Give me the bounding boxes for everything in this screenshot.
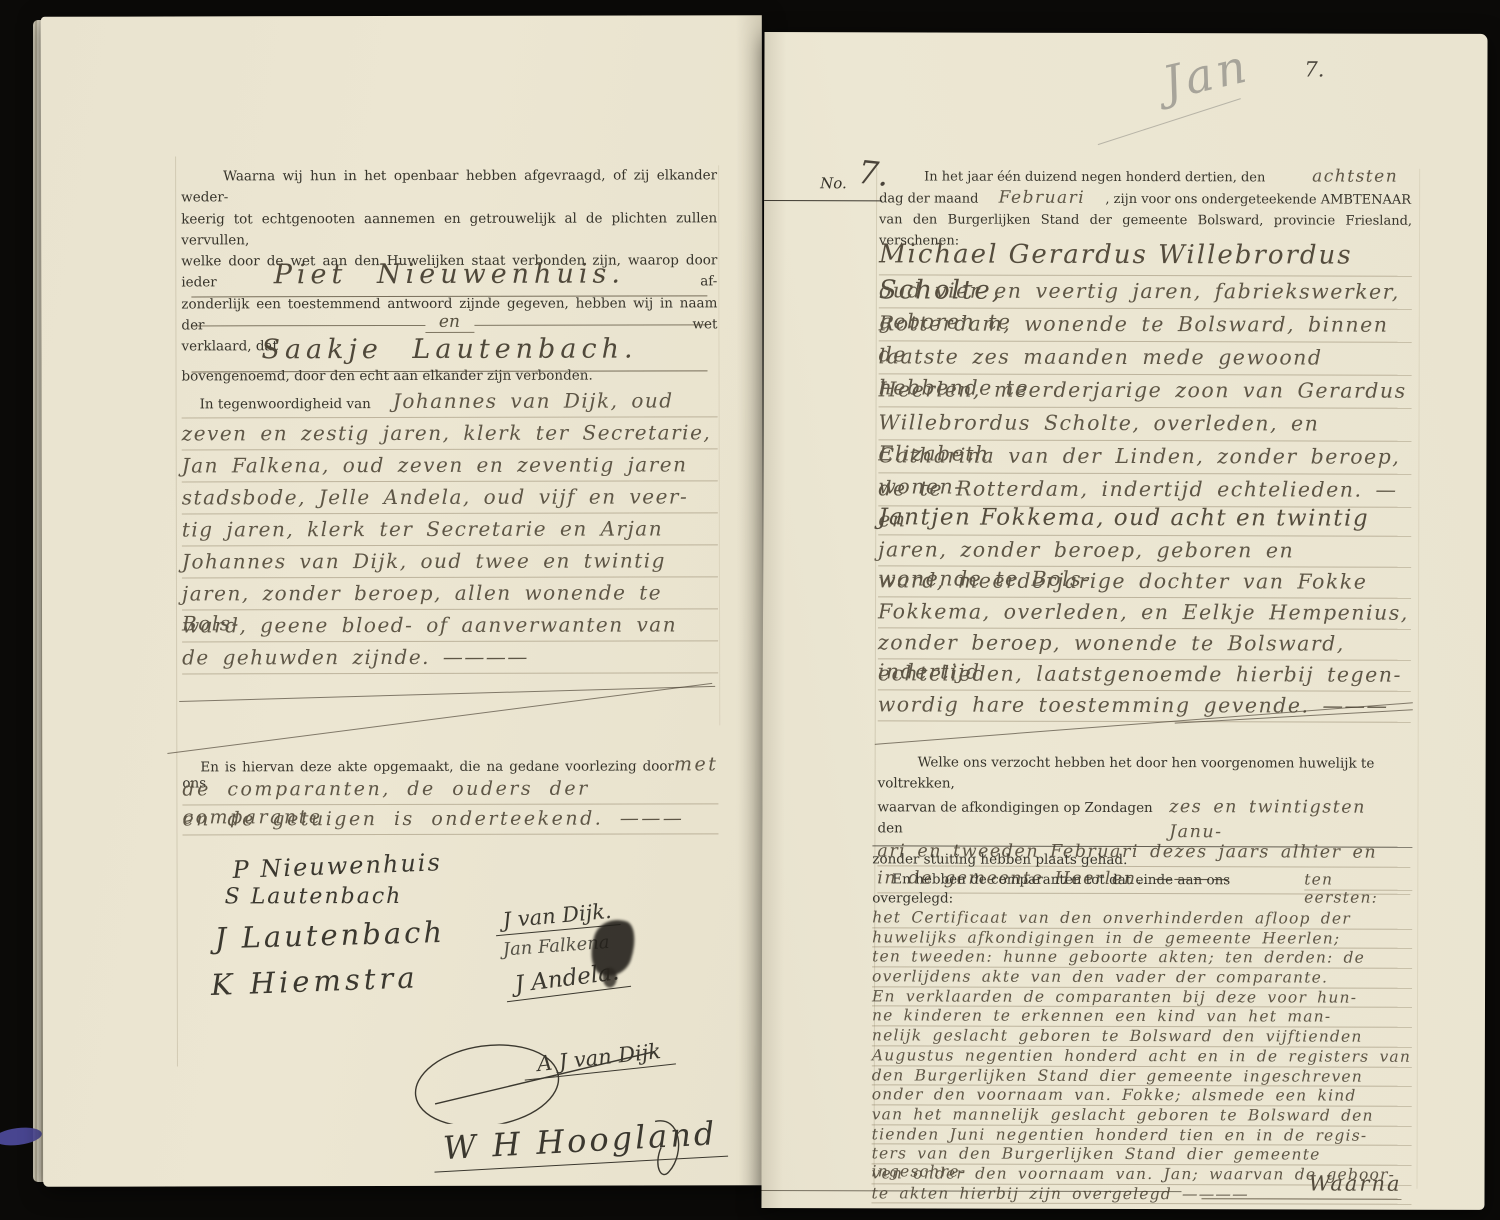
pencil-annotation: Jan: [1158, 38, 1255, 110]
handwritten-line: laatste zes maanden mede gewoond hebbend…: [879, 341, 1412, 375]
handwritten-line: ne kinderen te erkennen een kind van het…: [872, 1007, 1412, 1028]
handwritten-line: huwelijks afkondigingen in de gemeente H…: [872, 928, 1412, 949]
handwritten-line: ward, meerderjarige dochter van Fokke: [878, 566, 1411, 598]
strike-lines: [875, 696, 1415, 751]
handwritten-line: tienden Juni negentien honderd tien en i…: [872, 1125, 1412, 1146]
handwritten-line: Heerlen, meerderjarige zoon van Gerardus: [879, 374, 1412, 408]
catchword-waarna: Waarna: [1201, 1171, 1401, 1200]
groom-name-line: Michael Gerardus Willebrordus Scholte,: [879, 236, 1412, 276]
signature-flourish-2: W H Hoogland: [423, 1113, 723, 1194]
handwritten-line: ten tweeden: hunne geboorte akten; ten d…: [872, 948, 1412, 969]
documents-mixed-line: En hebben de comparanten tot dat einde a…: [872, 869, 1412, 909]
printed-fragment: dag der maand: [879, 191, 978, 206]
handwritten-line: onder den voornaam van. Fokke; alsmede e…: [872, 1086, 1412, 1107]
handwritten-line: En verklaarden de comparanten bij deze v…: [872, 987, 1412, 1008]
handwritten-line: den Burgerlijken Stand dier gemeente ing…: [872, 1066, 1412, 1087]
printed-fragment: , zijn voor ons ondergeteekende AMBTENAA…: [1105, 192, 1411, 208]
handwritten-line: zonder beroep, wonende te Bolsward, inde…: [878, 628, 1411, 660]
printed-fragment: En hebben de comparanten tot dat einde a…: [872, 870, 1296, 909]
handwritten-line: jaren, zonder beroep, geboren en wonende…: [878, 535, 1411, 567]
opening-line: In het jaar één duizend negen honderd de…: [879, 165, 1412, 188]
handwritten-line: Jan Falkena, oud zeven en zeventig jaren: [182, 449, 718, 482]
printed-line: zonder stuiting hebben plaats gehad.: [872, 850, 1412, 870]
bride-section: Jantjen Fokkema, oud acht en twintig jar…: [878, 502, 1412, 722]
witnesses-lead-line: In tegenwoordigheid van Johannes van Dij…: [182, 385, 718, 418]
handwritten-line: en de getuigen is onderteekend. ———: [182, 804, 718, 835]
spine-shadow: [761, 32, 786, 1208]
signature-witness: K Hiemstra: [210, 960, 419, 1002]
printed-line: keerig tot echtgenooten aannemen en getr…: [181, 208, 717, 252]
rule-segment: [474, 323, 708, 325]
rule-segment: [191, 324, 425, 326]
handwritten-line: stadsbode, Jelle Andela, oud vijf en vee…: [182, 481, 718, 514]
handwritten-line: jaren, zonder beroep, allen wonende te B…: [182, 577, 718, 610]
conjunction: en: [425, 312, 474, 333]
handwritten-line: de gehuwden zijnde. ————: [182, 641, 718, 674]
handwritten-line: het Certificaat van den onverhinderden a…: [872, 908, 1412, 929]
signature-bride: S Lautenbach: [225, 884, 403, 909]
margin-rule: [718, 165, 720, 725]
banns-mixed-line: waarvan de afkondigingen op Zondagen den…: [877, 794, 1410, 840]
closing-lead-line: En is hiervan deze akte opgemaakt, die n…: [182, 750, 718, 775]
handwritten-line: zeven en zestig jaren, klerk ter Secreta…: [182, 417, 718, 450]
handwritten-line: Catharina van der Linden, zonder beroep,…: [878, 440, 1411, 474]
spine-shadow: [736, 15, 764, 1185]
handwritten-line: ward, geene bloed- of aanverwanten van: [182, 609, 718, 642]
handwritten-date-day: achtsten: [1312, 166, 1398, 187]
page-corner-number: 7.: [1304, 57, 1324, 81]
handwritten-line: Johannes van Dijk, oud twee en twintig: [182, 545, 718, 578]
bound-line: bovengenoemd, door den echt aan elkander…: [182, 367, 718, 384]
left-page: Waarna wij hun in het openbaar hebben af…: [41, 15, 764, 1187]
conjunction-row: en: [191, 311, 707, 333]
groom-section: Michael Gerardus Willebrordus Scholte, o…: [878, 236, 1412, 507]
opening-line: dag der maand Februari , zijn voor ons o…: [879, 187, 1412, 210]
handwritten-fragment: ten eersten:: [1304, 870, 1412, 890]
handwritten-date-month: Februari: [983, 188, 1102, 208]
witnesses-section: In tegenwoordigheid van Johannes van Dij…: [182, 385, 719, 674]
signature-flourish-1: A J van Dijk: [405, 1033, 705, 1124]
printed-fragment: waarvan de afkondigingen op Zondagen den: [877, 797, 1159, 840]
printed-fragment: In het jaar één duizend negen honderd de…: [879, 166, 1265, 188]
handwritten-fragment: zes en twintigsten Janu-: [1169, 795, 1410, 822]
register-book-photo: Waarna wij hun in het openbaar hebben af…: [0, 0, 1500, 1220]
handwritten-fragment: Johannes van Dijk, oud: [393, 385, 674, 417]
handwritten-line: tig jaren, klerk ter Secretarie en Arjan: [182, 513, 718, 546]
margin-rule: [1417, 169, 1421, 1189]
documents-section: zonder stuiting hebben plaats gehad. En …: [871, 850, 1412, 1205]
handwritten-line: ters van den Burgerlijken Stand dier gem…: [872, 1145, 1412, 1166]
signature-parent: J Lautenbach: [214, 915, 445, 955]
handwritten-line: Augustus negentien honderd acht en in de…: [872, 1046, 1412, 1067]
handwritten-fragment: met: [674, 750, 718, 778]
signature-flourish-stroke: [423, 1113, 723, 1194]
act-number-label: No.: [820, 174, 847, 192]
handwritten-line: Fokkema, overleden, en Eelkje Hempenius,: [878, 597, 1411, 629]
handwritten-line: Rotterdam, wonende te Bolsward, binnen d…: [879, 308, 1412, 342]
strike-lines: [167, 670, 722, 756]
printed-line: Welke ons verzocht hebben het door hen v…: [878, 752, 1411, 795]
handwritten-line: van het mannelijk geslacht geboren te Bo…: [872, 1105, 1412, 1126]
handwritten-line: Willebrordus Scholte, overleden, en Eliz…: [878, 407, 1411, 441]
bride-name-line: Jantjen Fokkema, oud acht en twintig: [878, 502, 1411, 536]
handwritten-line: echtelieden, laatstgenoemde hierbij tege…: [878, 659, 1411, 691]
handwritten-line: overlijdens akte van den vader der compa…: [872, 967, 1412, 988]
printed-fragment: In tegenwoordigheid van: [182, 389, 371, 419]
signature-groom: P Nieuwenhuis: [232, 848, 442, 884]
right-page: Jan 7. No. 7. In het jaar één duizend ne…: [761, 32, 1487, 1210]
margin-rule: [175, 156, 178, 1066]
printed-line: Waarna wij hun in het openbaar hebben af…: [181, 165, 717, 209]
handwritten-line: nelijk geslacht geboren te Bolsward den …: [872, 1026, 1412, 1047]
groom-name: Piet Nieuwenhuis.: [191, 258, 707, 297]
handwritten-line: oud vier en veertig jaren, fabriekswerke…: [879, 275, 1412, 309]
closing-section: En is hiervan deze akte opgemaakt, die n…: [182, 750, 718, 835]
ink-blot: [603, 968, 617, 988]
